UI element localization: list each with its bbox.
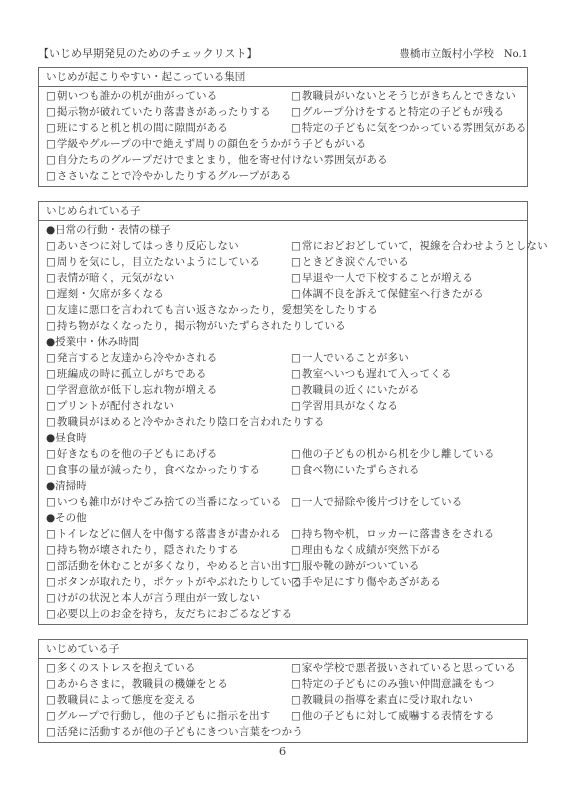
document-page: 【いじめ早期発見のためのチェックリスト】 豊橋市立飯村小学校No.1 いじめが起…: [0, 0, 565, 800]
checkbox-icon: □: [46, 542, 56, 558]
checkbox-icon: □: [291, 366, 301, 382]
checklist-item: □けがの状況と本人が言う理由が一致しない: [46, 590, 520, 606]
checklist-item-label: 理由もなく成績が突然下がる: [302, 542, 441, 558]
checkbox-icon: □: [291, 382, 301, 398]
document-title: 【いじめ早期発見のためのチェックリスト】: [38, 46, 257, 61]
checklist-item: □食事の量が減ったり，食べなかったりする: [46, 462, 291, 478]
checklist-item-label: あいさつに対してはっきり反応しない: [57, 238, 239, 254]
checklist-item-label: 教職員の近くにいたがる: [302, 382, 420, 398]
checkbox-icon: □: [46, 152, 56, 168]
checklist-row: □多くのストレスを抱えている□家や学校で悪者扱いされていると思っている: [39, 660, 527, 676]
checkbox-icon: □: [46, 120, 56, 136]
group-heading: ●清掃時: [39, 478, 527, 494]
checklist-item: □食べ物にいたずらされる: [291, 462, 520, 478]
section-body: □多くのストレスを抱えている□家や学校で悪者扱いされていると思っている□あからさ…: [39, 659, 527, 742]
checklist-item-label: トイレなどに個人を中傷する落書きが書かれる: [57, 526, 281, 542]
checkbox-icon: □: [46, 606, 56, 622]
checklist-item-label: 一人でいることが多い: [302, 350, 409, 366]
checklist-item: □グループ分けをすると特定の子どもが残る: [291, 104, 520, 120]
checkbox-icon: □: [46, 168, 56, 184]
checklist-item-label: 多くのストレスを抱えている: [57, 660, 196, 676]
checkbox-icon: □: [46, 398, 56, 414]
checklist-row: □友達に悪口を言われても言い返さなかったり，愛想笑をしたりする: [39, 302, 527, 318]
checkbox-icon: □: [46, 88, 56, 104]
checklist-item: □グループで行動し，他の子どもに指示を出す: [46, 708, 291, 724]
section-title: いじめられている子: [39, 202, 527, 221]
checklist-row: □表情が暗く，元気がない□早退や一人で下校することが増える: [39, 270, 527, 286]
checklist-item: □体調不良を訴えて保健室へ行きたがる: [291, 286, 520, 302]
checkbox-icon: □: [46, 318, 56, 334]
checklist-item: □プリントが配付されない: [46, 398, 291, 414]
group-heading: ●その他: [39, 510, 527, 526]
checklist-item-label: 持ち物がなくなったり，掲示物がいたずらされたりしている: [57, 318, 346, 334]
checklist-item-label: 好きなものを他の子どもにあげる: [57, 446, 218, 462]
checklist-row: □あいさつに対してはっきり反応しない□常におどおどしていて，視線を合わせようとし…: [39, 238, 527, 254]
checklist-item-label: 手や足にすり傷やあざがある: [302, 574, 441, 590]
checklist-item: □班編成の時に孤立しがちである: [46, 366, 291, 382]
section-body: ●日常の行動・表情の様子□あいさつに対してはっきり反応しない□常におどおどしてい…: [39, 221, 527, 624]
checklist-item: □トイレなどに個人を中傷する落書きが書かれる: [46, 526, 291, 542]
checklist-item-label: 特定の子どもに気をつかっている雰囲気がある: [302, 120, 527, 136]
checklist-item-label: 班編成の時に孤立しがちである: [57, 366, 207, 382]
checkbox-icon: □: [46, 254, 56, 270]
checkbox-icon: □: [46, 708, 56, 724]
checklist-item: □あいさつに対してはっきり反応しない: [46, 238, 291, 254]
checklist-item-label: ボタンが取れたり，ポケットがやぶれたりしている: [57, 574, 303, 590]
checklist-item: □好きなものを他の子どもにあげる: [46, 446, 291, 462]
checklist-item-label: 表情が暗く，元気がない: [57, 270, 175, 286]
checklist-item-label: 教室へいつも遅れて入ってくる: [302, 366, 452, 382]
checklist-item-label: 他の子どもに対して威嚇する表情をする: [302, 708, 495, 724]
checklist-row: □好きなものを他の子どもにあげる□他の子どもの机から机を少し離している: [39, 446, 527, 462]
section-box: いじめが起こりやすい・起こっている集団□朝いつも誰かの机が曲がっている□教職員が…: [38, 67, 528, 187]
checklist-item-label: 他の子どもの机から机を少し離している: [302, 446, 495, 462]
checklist-row: □自分たちのグループだけでまとまり，他を寄せ付けない雰囲気がある: [39, 152, 527, 168]
checkbox-icon: □: [291, 286, 301, 302]
checkbox-icon: □: [291, 660, 301, 676]
checklist-row: □教職員がほめると冷やかされたり陰口を言われたりする: [39, 414, 527, 430]
checklist-row: □朝いつも誰かの机が曲がっている□教職員がいないとそうじがきちんとできない: [39, 88, 527, 104]
checklist-item: □掲示物が破れていたり落書きがあったりする: [46, 104, 291, 120]
checkbox-icon: □: [46, 302, 56, 318]
checklist-item: □持ち物がなくなったり，掲示物がいたずらされたりしている: [46, 318, 520, 334]
group-heading: ●日常の行動・表情の様子: [39, 222, 527, 238]
checklist-item: □特定の子どもにのみ強い仲間意識をもつ: [291, 676, 520, 692]
checklist-item: □手や足にすり傷やあざがある: [291, 574, 520, 590]
checklist-row: □プリントが配付されない□学習用具がなくなる: [39, 398, 527, 414]
section-title: いじめている子: [39, 640, 527, 659]
checklist-item-label: ささいなことで冷やかしたりするグループがある: [57, 168, 292, 184]
checklist-item: □必要以上のお金を持ち，友だちにおごるなどする: [46, 606, 520, 622]
sections: いじめが起こりやすい・起こっている集団□朝いつも誰かの机が曲がっている□教職員が…: [38, 67, 528, 743]
checklist-row: □あからさまに，教職員の機嫌をとる□特定の子どもにのみ強い仲間意識をもつ: [39, 676, 527, 692]
checklist-item-label: 教職員がいないとそうじがきちんとできない: [302, 88, 516, 104]
checklist-item-label: グループ分けをすると特定の子どもが残る: [302, 104, 504, 120]
page-number: 6: [0, 744, 565, 758]
checkbox-icon: □: [291, 104, 301, 120]
checkbox-icon: □: [46, 676, 56, 692]
checkbox-icon: □: [291, 254, 301, 270]
checklist-row: □いつも雑巾がけやごみ捨ての当番になっている□一人で掃除や後片づけをしている: [39, 494, 527, 510]
checklist-item-label: 早退や一人で下校することが増える: [302, 270, 473, 286]
checklist-item: □周りを気にし，目立たないようにしている: [46, 254, 291, 270]
checklist-item: □いつも雑巾がけやごみ捨ての当番になっている: [46, 494, 291, 510]
checklist-item-label: 教職員によって態度を変える: [57, 692, 196, 708]
checklist-item-label: 食事の量が減ったり，食べなかったりする: [57, 462, 260, 478]
checklist-item: □教職員によって態度を変える: [46, 692, 291, 708]
checkbox-icon: □: [291, 238, 301, 254]
checklist-row: □学級やグループの中で絶えず周りの顔色をうかがう子どもがいる: [39, 136, 527, 152]
checklist-row: □食事の量が減ったり，食べなかったりする□食べ物にいたずらされる: [39, 462, 527, 478]
checkbox-icon: □: [291, 542, 301, 558]
checklist-item-label: 班にすると机と机の間に隙間がある: [57, 120, 228, 136]
checklist-item: □ボタンが取れたり，ポケットがやぶれたりしている: [46, 574, 291, 590]
checkbox-icon: □: [46, 238, 56, 254]
checklist-row: □ささいなことで冷やかしたりするグループがある: [39, 168, 527, 184]
checkbox-icon: □: [46, 526, 56, 542]
checklist-item-label: 発言すると友達から冷やかされる: [57, 350, 218, 366]
checkbox-icon: □: [46, 660, 56, 676]
checkbox-icon: □: [291, 558, 301, 574]
checkbox-icon: □: [46, 366, 56, 382]
checklist-row: □班編成の時に孤立しがちである□教室へいつも遅れて入ってくる: [39, 366, 527, 382]
checkbox-icon: □: [46, 692, 56, 708]
checklist-item-label: いつも雑巾がけやごみ捨ての当番になっている: [57, 494, 282, 510]
checkbox-icon: □: [291, 446, 301, 462]
checkbox-icon: □: [291, 398, 301, 414]
checklist-item: □自分たちのグループだけでまとまり，他を寄せ付けない雰囲気がある: [46, 152, 520, 168]
checklist-item: □一人で掃除や後片づけをしている: [291, 494, 520, 510]
checklist-item: □多くのストレスを抱えている: [46, 660, 291, 676]
checklist-item: □班にすると机と机の間に隙間がある: [46, 120, 291, 136]
checklist-item-label: 部活動を休むことが多くなり，やめると言い出す: [57, 558, 292, 574]
checklist-item-label: あからさまに，教職員の機嫌をとる: [57, 676, 228, 692]
checklist-item: □理由もなく成績が突然下がる: [291, 542, 520, 558]
checklist-row: □発言すると友達から冷やかされる□一人でいることが多い: [39, 350, 527, 366]
checklist-item-label: 友達に悪口を言われても言い返さなかったり，愛想笑をしたりする: [57, 302, 378, 318]
checklist-item: □ささいなことで冷やかしたりするグループがある: [46, 168, 520, 184]
checkbox-icon: □: [291, 120, 301, 136]
checklist-item: □表情が暗く，元気がない: [46, 270, 291, 286]
checkbox-icon: □: [291, 270, 301, 286]
checklist-item: □あからさまに，教職員の機嫌をとる: [46, 676, 291, 692]
checkbox-icon: □: [46, 270, 56, 286]
checkbox-icon: □: [46, 414, 56, 430]
checklist-item-label: 体調不良を訴えて保健室へ行きたがる: [302, 286, 484, 302]
checklist-item-label: 自分たちのグループだけでまとまり，他を寄せ付けない雰囲気がある: [57, 152, 388, 168]
checklist-row: □班にすると机と机の間に隙間がある□特定の子どもに気をつかっている雰囲気がある: [39, 120, 527, 136]
checklist-item-label: グループで行動し，他の子どもに指示を出す: [57, 708, 270, 724]
checklist-row: □掲示物が破れていたり落書きがあったりする□グループ分けをすると特定の子どもが残…: [39, 104, 527, 120]
checklist-row: □ボタンが取れたり，ポケットがやぶれたりしている□手や足にすり傷やあざがある: [39, 574, 527, 590]
section-title: いじめが起こりやすい・起こっている集団: [39, 68, 527, 87]
checkbox-icon: □: [291, 708, 301, 724]
checklist-item: □発言すると友達から冷やかされる: [46, 350, 291, 366]
checklist-item-label: 持ち物や机，ロッカーに落書きをされる: [302, 526, 494, 542]
checklist-item-label: 遅刻・欠席が多くなる: [57, 286, 164, 302]
checklist-item: □教職員がいないとそうじがきちんとできない: [291, 88, 520, 104]
checkbox-icon: □: [46, 574, 56, 590]
checklist-item-label: 常におどおどしていて，視線を合わせようとしない: [302, 238, 548, 254]
checklist-item-label: 特定の子どもにのみ強い仲間意識をもつ: [302, 676, 495, 692]
checklist-item-label: 教職員の指導を素直に受け取れない: [302, 692, 473, 708]
checklist-row: □持ち物がなくなったり，掲示物がいたずらされたりしている: [39, 318, 527, 334]
checkbox-icon: □: [46, 136, 56, 152]
checklist-item: □遅刻・欠席が多くなる: [46, 286, 291, 302]
checklist-item: □教職員がほめると冷やかされたり陰口を言われたりする: [46, 414, 520, 430]
checkbox-icon: □: [291, 676, 301, 692]
checklist-row: □学習意欲が低下し忘れ物が増える□教職員の近くにいたがる: [39, 382, 527, 398]
checklist-item: □友達に悪口を言われても言い返さなかったり，愛想笑をしたりする: [46, 302, 520, 318]
checklist-item-label: けがの状況と本人が言う理由が一致しない: [57, 590, 260, 606]
checklist-row: □けがの状況と本人が言う理由が一致しない: [39, 590, 527, 606]
section-body: □朝いつも誰かの机が曲がっている□教職員がいないとそうじがきちんとできない□掲示…: [39, 87, 527, 186]
checklist-item: □家や学校で悪者扱いされていると思っている: [291, 660, 520, 676]
checklist-item: □学習用具がなくなる: [291, 398, 520, 414]
checklist-item: □持ち物や机，ロッカーに落書きをされる: [291, 526, 520, 542]
checklist-row: □持ち物が壊されたり，隠されたりする□理由もなく成績が突然下がる: [39, 542, 527, 558]
checkbox-icon: □: [291, 494, 301, 510]
checklist-item: □学習意欲が低下し忘れ物が増える: [46, 382, 291, 398]
checklist-item: □活発に活動するが他の子どもにきつい言葉をつかう: [46, 724, 520, 740]
checklist-row: □教職員によって態度を変える□教職員の指導を素直に受け取れない: [39, 692, 527, 708]
checklist-row: □必要以上のお金を持ち，友だちにおごるなどする: [39, 606, 527, 622]
checklist-item-label: 学級やグループの中で絶えず周りの顔色をうかがう子どもがいる: [57, 136, 366, 152]
checkbox-icon: □: [46, 590, 56, 606]
checklist-item-label: 必要以上のお金を持ち，友だちにおごるなどする: [57, 606, 292, 622]
checklist-row: □活発に活動するが他の子どもにきつい言葉をつかう: [39, 724, 527, 740]
checklist-item-label: プリントが配付されない: [57, 398, 174, 414]
checklist-item-label: 服や靴の跡がついている: [302, 558, 420, 574]
checkbox-icon: □: [46, 350, 56, 366]
checklist-item: □他の子どもの机から机を少し離している: [291, 446, 520, 462]
checklist-item: □部活動を休むことが多くなり，やめると言い出す: [46, 558, 291, 574]
checkbox-icon: □: [291, 574, 301, 590]
checklist-item: □朝いつも誰かの机が曲がっている: [46, 88, 291, 104]
checklist-item: □特定の子どもに気をつかっている雰囲気がある: [291, 120, 527, 136]
checkbox-icon: □: [291, 350, 301, 366]
checkbox-icon: □: [291, 462, 301, 478]
checklist-item-label: 朝いつも誰かの机が曲がっている: [57, 88, 218, 104]
checklist-row: □グループで行動し，他の子どもに指示を出す□他の子どもに対して威嚇する表情をする: [39, 708, 527, 724]
section-box: いじめている子□多くのストレスを抱えている□家や学校で悪者扱いされていると思って…: [38, 639, 528, 743]
section-box: いじめられている子●日常の行動・表情の様子□あいさつに対してはっきり反応しない□…: [38, 201, 528, 625]
checklist-row: □遅刻・欠席が多くなる□体調不良を訴えて保健室へ行きたがる: [39, 286, 527, 302]
checkbox-icon: □: [46, 382, 56, 398]
checkbox-icon: □: [46, 724, 56, 740]
checkbox-icon: □: [291, 692, 301, 708]
checklist-item-label: 学習意欲が低下し忘れ物が増える: [57, 382, 218, 398]
document-number: No.1: [504, 49, 528, 60]
checkbox-icon: □: [291, 526, 301, 542]
checklist-item: □他の子どもに対して威嚇する表情をする: [291, 708, 520, 724]
checklist-item-label: 教職員がほめると冷やかされたり陰口を言われたりする: [57, 414, 325, 430]
checklist-item-label: 家や学校で悪者扱いされていると思っている: [302, 660, 516, 676]
document-header: 【いじめ早期発見のためのチェックリスト】 豊橋市立飯村小学校No.1: [38, 46, 528, 61]
checklist-item: □教職員の指導を素直に受け取れない: [291, 692, 520, 708]
school-line: 豊橋市立飯村小学校No.1: [399, 47, 528, 62]
checklist-item: □教室へいつも遅れて入ってくる: [291, 366, 520, 382]
checkbox-icon: □: [46, 446, 56, 462]
group-heading: ●授業中・休み時間: [39, 334, 527, 350]
checklist-item: □一人でいることが多い: [291, 350, 520, 366]
checklist-row: □周りを気にし，目立たないようにしている□ときどき涙ぐんでいる: [39, 254, 527, 270]
checklist-item-label: 掲示物が破れていたり落書きがあったりする: [57, 104, 271, 120]
checkbox-icon: □: [46, 558, 56, 574]
checklist-item: □服や靴の跡がついている: [291, 558, 520, 574]
checklist-row: □トイレなどに個人を中傷する落書きが書かれる□持ち物や机，ロッカーに落書きをされ…: [39, 526, 527, 542]
checklist-item-label: 活発に活動するが他の子どもにきつい言葉をつかう: [57, 724, 303, 740]
checklist-item-label: 周りを気にし，目立たないようにしている: [57, 254, 260, 270]
checkbox-icon: □: [291, 88, 301, 104]
checklist-item: □常におどおどしていて，視線を合わせようとしない: [291, 238, 548, 254]
checklist-item-label: 一人で掃除や後片づけをしている: [302, 494, 463, 510]
checklist-item-label: 食べ物にいたずらされる: [302, 462, 420, 478]
checklist-row: □部活動を休むことが多くなり，やめると言い出す□服や靴の跡がついている: [39, 558, 527, 574]
checkbox-icon: □: [46, 462, 56, 478]
checklist-item: □持ち物が壊されたり，隠されたりする: [46, 542, 291, 558]
checklist-item: □教職員の近くにいたがる: [291, 382, 520, 398]
checklist-item-label: ときどき涙ぐんでいる: [302, 254, 409, 270]
checklist-item: □学級やグループの中で絶えず周りの顔色をうかがう子どもがいる: [46, 136, 520, 152]
checkbox-icon: □: [46, 286, 56, 302]
checklist-item: □ときどき涙ぐんでいる: [291, 254, 520, 270]
checkbox-icon: □: [46, 104, 56, 120]
school-name: 豊橋市立飯村小学校: [399, 48, 494, 60]
checklist-item-label: 持ち物が壊されたり，隠されたりする: [57, 542, 239, 558]
group-heading: ●昼食時: [39, 430, 527, 446]
checkbox-icon: □: [46, 494, 56, 510]
checklist-item-label: 学習用具がなくなる: [302, 398, 398, 414]
checklist-item: □早退や一人で下校することが増える: [291, 270, 520, 286]
